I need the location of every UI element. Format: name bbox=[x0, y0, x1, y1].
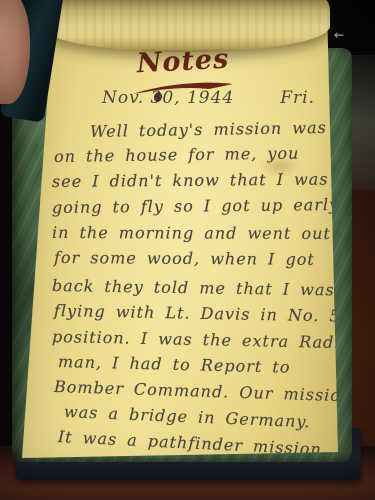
notepad-page: Notes Nov. 30, 1944 Fri. Well today's mi… bbox=[22, 6, 344, 458]
note-line: on the house for me, you bbox=[54, 140, 338, 169]
note-line: for some wood, when I got bbox=[54, 245, 338, 272]
handwritten-note-body: Well today's mission was on the house fo… bbox=[52, 119, 338, 450]
note-line: in the morning and went out bbox=[52, 220, 338, 246]
date-text: Nov. 30, 1944 bbox=[102, 88, 234, 108]
note-line: going to fly so I got up early bbox=[52, 192, 338, 220]
arrow-key-icon: ← bbox=[334, 28, 344, 42]
weekday-text: Fri. bbox=[280, 88, 315, 108]
date-line: Nov. 30, 1944 Fri. bbox=[52, 88, 332, 108]
note-line: see I didn't know that I was bbox=[52, 167, 338, 195]
notepad-photo: ← Notes Nov. 30, 1944 Fri. Well today's … bbox=[0, 0, 375, 500]
curled-pages-roll bbox=[48, 0, 330, 52]
